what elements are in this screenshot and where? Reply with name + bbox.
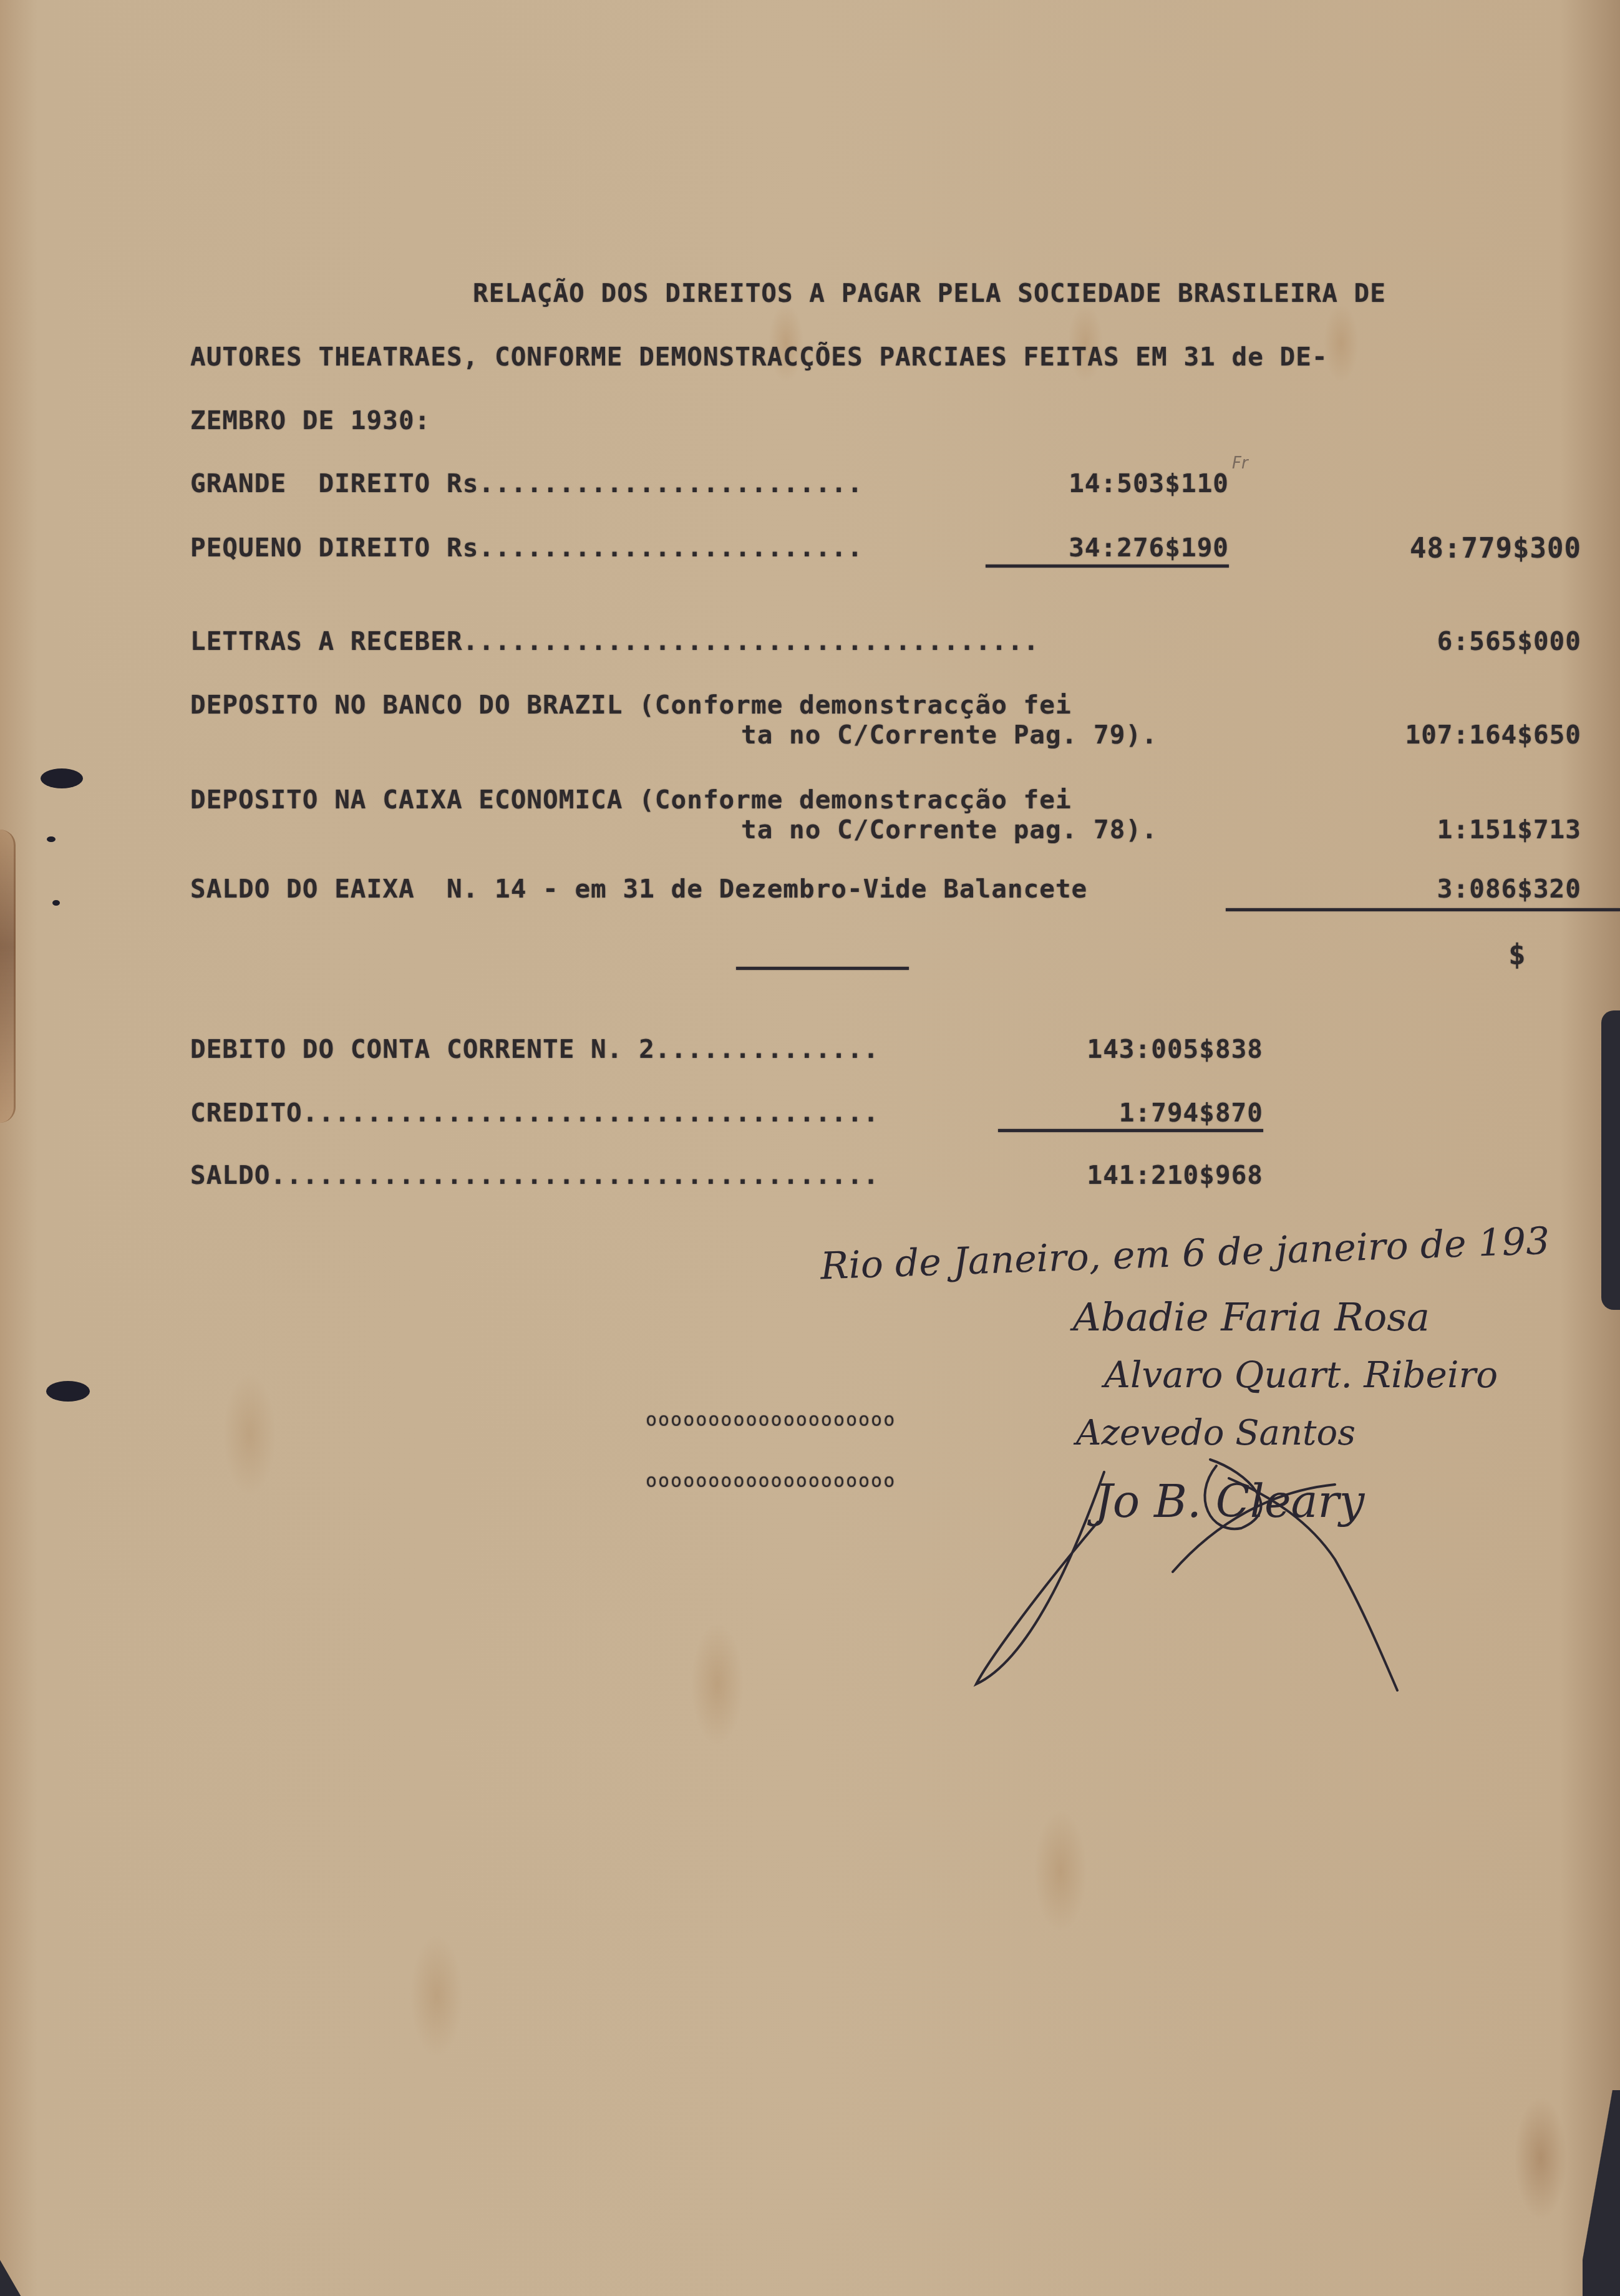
- section-divider: [736, 967, 909, 970]
- grande-direito-value: 14:503$110: [1023, 471, 1229, 496]
- deposito-caixa-economica-label-cont: ta no C/Corrente pag. 78).: [741, 817, 1158, 843]
- fill-line-1: oooooooooooooooooooo: [646, 1411, 896, 1430]
- debito-conta-corrente-label: DEBITO DO CONTA CORRENTE N. 2...........…: [190, 1037, 879, 1062]
- punch-hole-top: [41, 768, 83, 788]
- torn-left-edge: [0, 830, 16, 1123]
- lettras-a-receber-value: 6:565$000: [1354, 629, 1581, 654]
- subtotal-underline: [986, 564, 1229, 568]
- debito-conta-corrente-value: 143:005$838: [1023, 1037, 1263, 1062]
- ink-dot: [47, 836, 56, 842]
- grand-total-symbol: $: [1508, 940, 1526, 969]
- pequeno-direito-value: 34:276$190: [1023, 535, 1229, 561]
- document-page: RELAÇÃO DOS DIREITOS A PAGAR PELA SOCIED…: [0, 0, 1620, 2296]
- deposito-banco-brazil-label: DEPOSITO NO BANCO DO BRAZIL (Conforme de…: [190, 692, 1072, 718]
- saldo-value: 141:210$968: [1023, 1163, 1263, 1188]
- place-date-handwritten: Rio de Janeiro, em 6 de janeiro de 193: [820, 1219, 1550, 1289]
- credito-label: CREDITO.................................…: [190, 1100, 879, 1126]
- grande-direito-label: GRANDE DIREITO Rs.......................…: [190, 471, 863, 496]
- signature-alvaro-ribeiro: Alvaro Quart. Ribeiro: [1104, 1354, 1498, 1396]
- title-line-3: ZEMBRO DE 1930:: [190, 408, 430, 434]
- fill-line-2: oooooooooooooooooooo: [646, 1472, 896, 1491]
- signature-abadie-faria-rosa: Abadie Faria Rosa: [1073, 1294, 1430, 1340]
- ink-dot: [52, 900, 60, 906]
- deposito-caixa-economica-label: DEPOSITO NA CAIXA ECONOMICA (Conforme de…: [190, 787, 1072, 813]
- deposito-caixa-economica-value: 1:151$713: [1354, 817, 1581, 843]
- deposito-banco-brazil-label-cont: ta no C/Corrente Pag. 79).: [741, 722, 1158, 748]
- lettras-a-receber-label: LETTRAS A RECEBER.......................…: [190, 629, 1039, 654]
- background-edge: [1601, 1010, 1620, 1310]
- background-edge: [1583, 2090, 1620, 2296]
- credito-underline: [998, 1129, 1263, 1132]
- pencil-annotation: Fr: [1232, 454, 1248, 473]
- deposito-banco-brazil-value: 107:164$650: [1354, 722, 1581, 748]
- total-underline: [1226, 908, 1620, 911]
- saldo-caixa-value: 3:086$320: [1354, 876, 1581, 902]
- credito-value: 1:794$870: [1023, 1100, 1263, 1126]
- background-edge: [0, 2221, 25, 2296]
- saldo-caixa-label: SALDO DO EAIXA N. 14 - em 31 de Dezembro…: [190, 876, 1087, 902]
- signature-flourish: [948, 1397, 1447, 1746]
- title-line-2: AUTORES THEATRAES, CONFORME DEMONSTRACÇÕ…: [190, 344, 1328, 370]
- saldo-label: SALDO...................................…: [190, 1163, 879, 1188]
- rights-total-value: 48:779$300: [1354, 535, 1581, 563]
- title-line-1: RELAÇÃO DOS DIREITOS A PAGAR PELA SOCIED…: [473, 281, 1386, 306]
- pequeno-direito-label: PEQUENO DIREITO Rs......................…: [190, 535, 863, 561]
- punch-hole-bottom: [46, 1381, 90, 1402]
